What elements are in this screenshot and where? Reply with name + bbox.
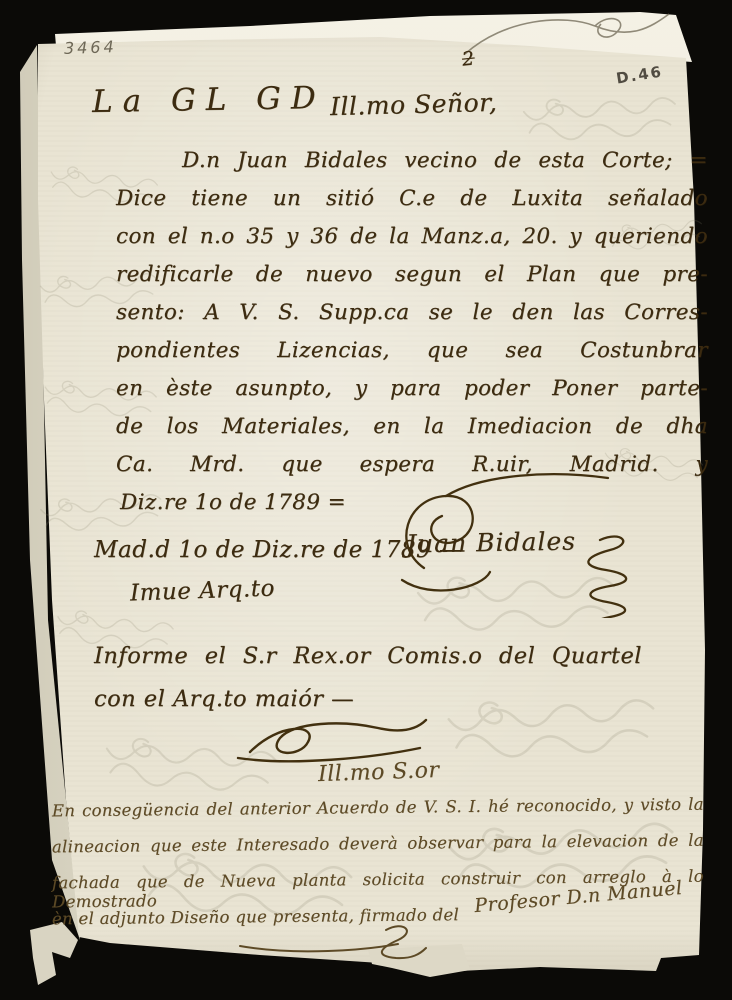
- report-rubric: [236, 916, 436, 960]
- petition-line: redificarle de nuevo segun el Plan que p…: [116, 262, 708, 300]
- salutation: Ill.mo Señor,: [330, 88, 498, 121]
- ink-bleedthrough: [508, 82, 682, 154]
- report-salutation: Ill.mo S.or: [318, 758, 440, 787]
- back-sheet-flourish: [445, 8, 675, 60]
- petition-line: sento: A V. S. Supp.ca se le den las Cor…: [116, 300, 708, 338]
- decree-line: con el Arq.to maiór —: [94, 686, 354, 712]
- archive-number: 3464: [64, 37, 117, 58]
- folio-mark: 2: [461, 47, 476, 70]
- petition-line: con el n.o 35 y 36 de la Manz.a, 20. y q…: [116, 224, 708, 262]
- petition-line: de los Materiales, en la Imediacion de d…: [116, 414, 708, 452]
- ink-bleedthrough: [428, 682, 663, 773]
- petition-line: D.n Juan Bidales vecino de esta Corte; =: [116, 148, 708, 186]
- petition-line: pondientes Lizencias, que sea Costunbrar: [116, 338, 708, 376]
- docket-paraphs: La GL GD: [92, 80, 326, 120]
- decree-line: Informe el S.r Rex.or Comis.o del Quarte…: [94, 643, 642, 669]
- petition-line: en èste asunpto, y para poder Poner part…: [116, 376, 708, 414]
- dateline-note: Imue Arq.to: [130, 575, 276, 606]
- petition-line: Dice tiene un sitió C.e de Luxita señala…: [116, 186, 708, 224]
- signature-name: Juan Bidales: [406, 527, 576, 559]
- manuscript-photo: 3464 D.46 2 La GL GD Ill.mo Señor, D.n J…: [0, 0, 732, 1000]
